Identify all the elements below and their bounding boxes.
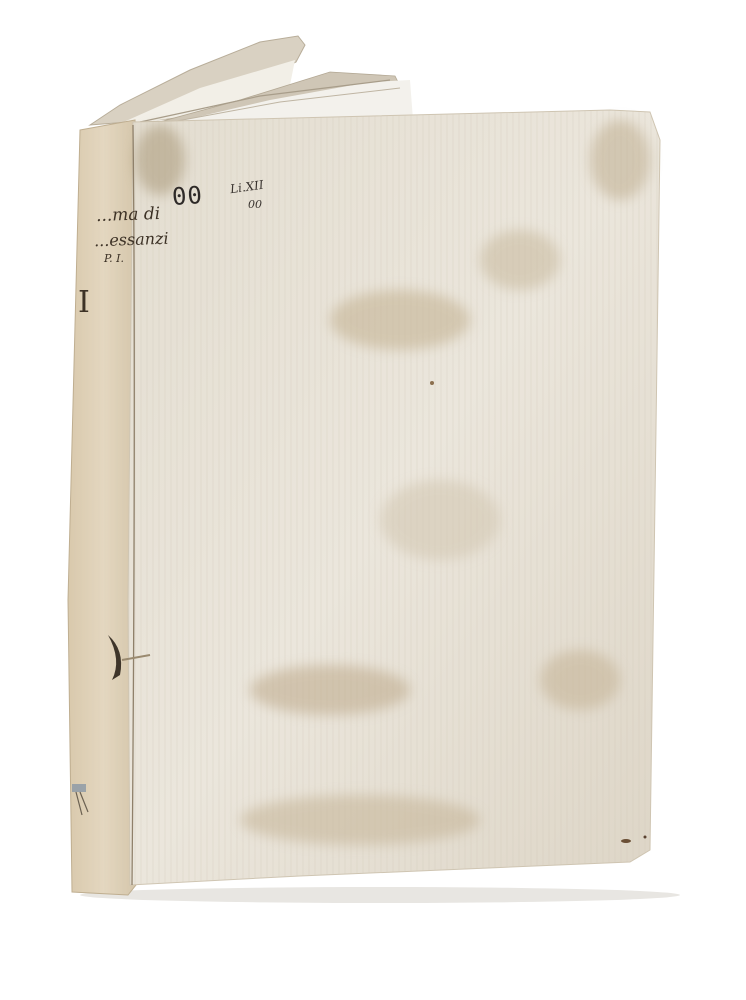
spine-volume-number: I: [78, 285, 90, 320]
cover-shelf-mark-denominator: 00: [248, 198, 262, 211]
shadow: [80, 887, 680, 903]
book-illustration: [0, 0, 746, 1000]
spine-title-line-2: ...essanzi: [94, 229, 169, 251]
spine-label-remnant: [72, 784, 86, 792]
book-photo: ...ma di ...essanzi P. I. I 00 Li.XII 00: [0, 0, 746, 1000]
spine-title-line-1: ...ma di: [96, 204, 161, 226]
spot: [621, 839, 631, 843]
cover-shelf-mark: 00: [171, 181, 204, 211]
spine-title-line-3: P. I.: [104, 252, 124, 265]
